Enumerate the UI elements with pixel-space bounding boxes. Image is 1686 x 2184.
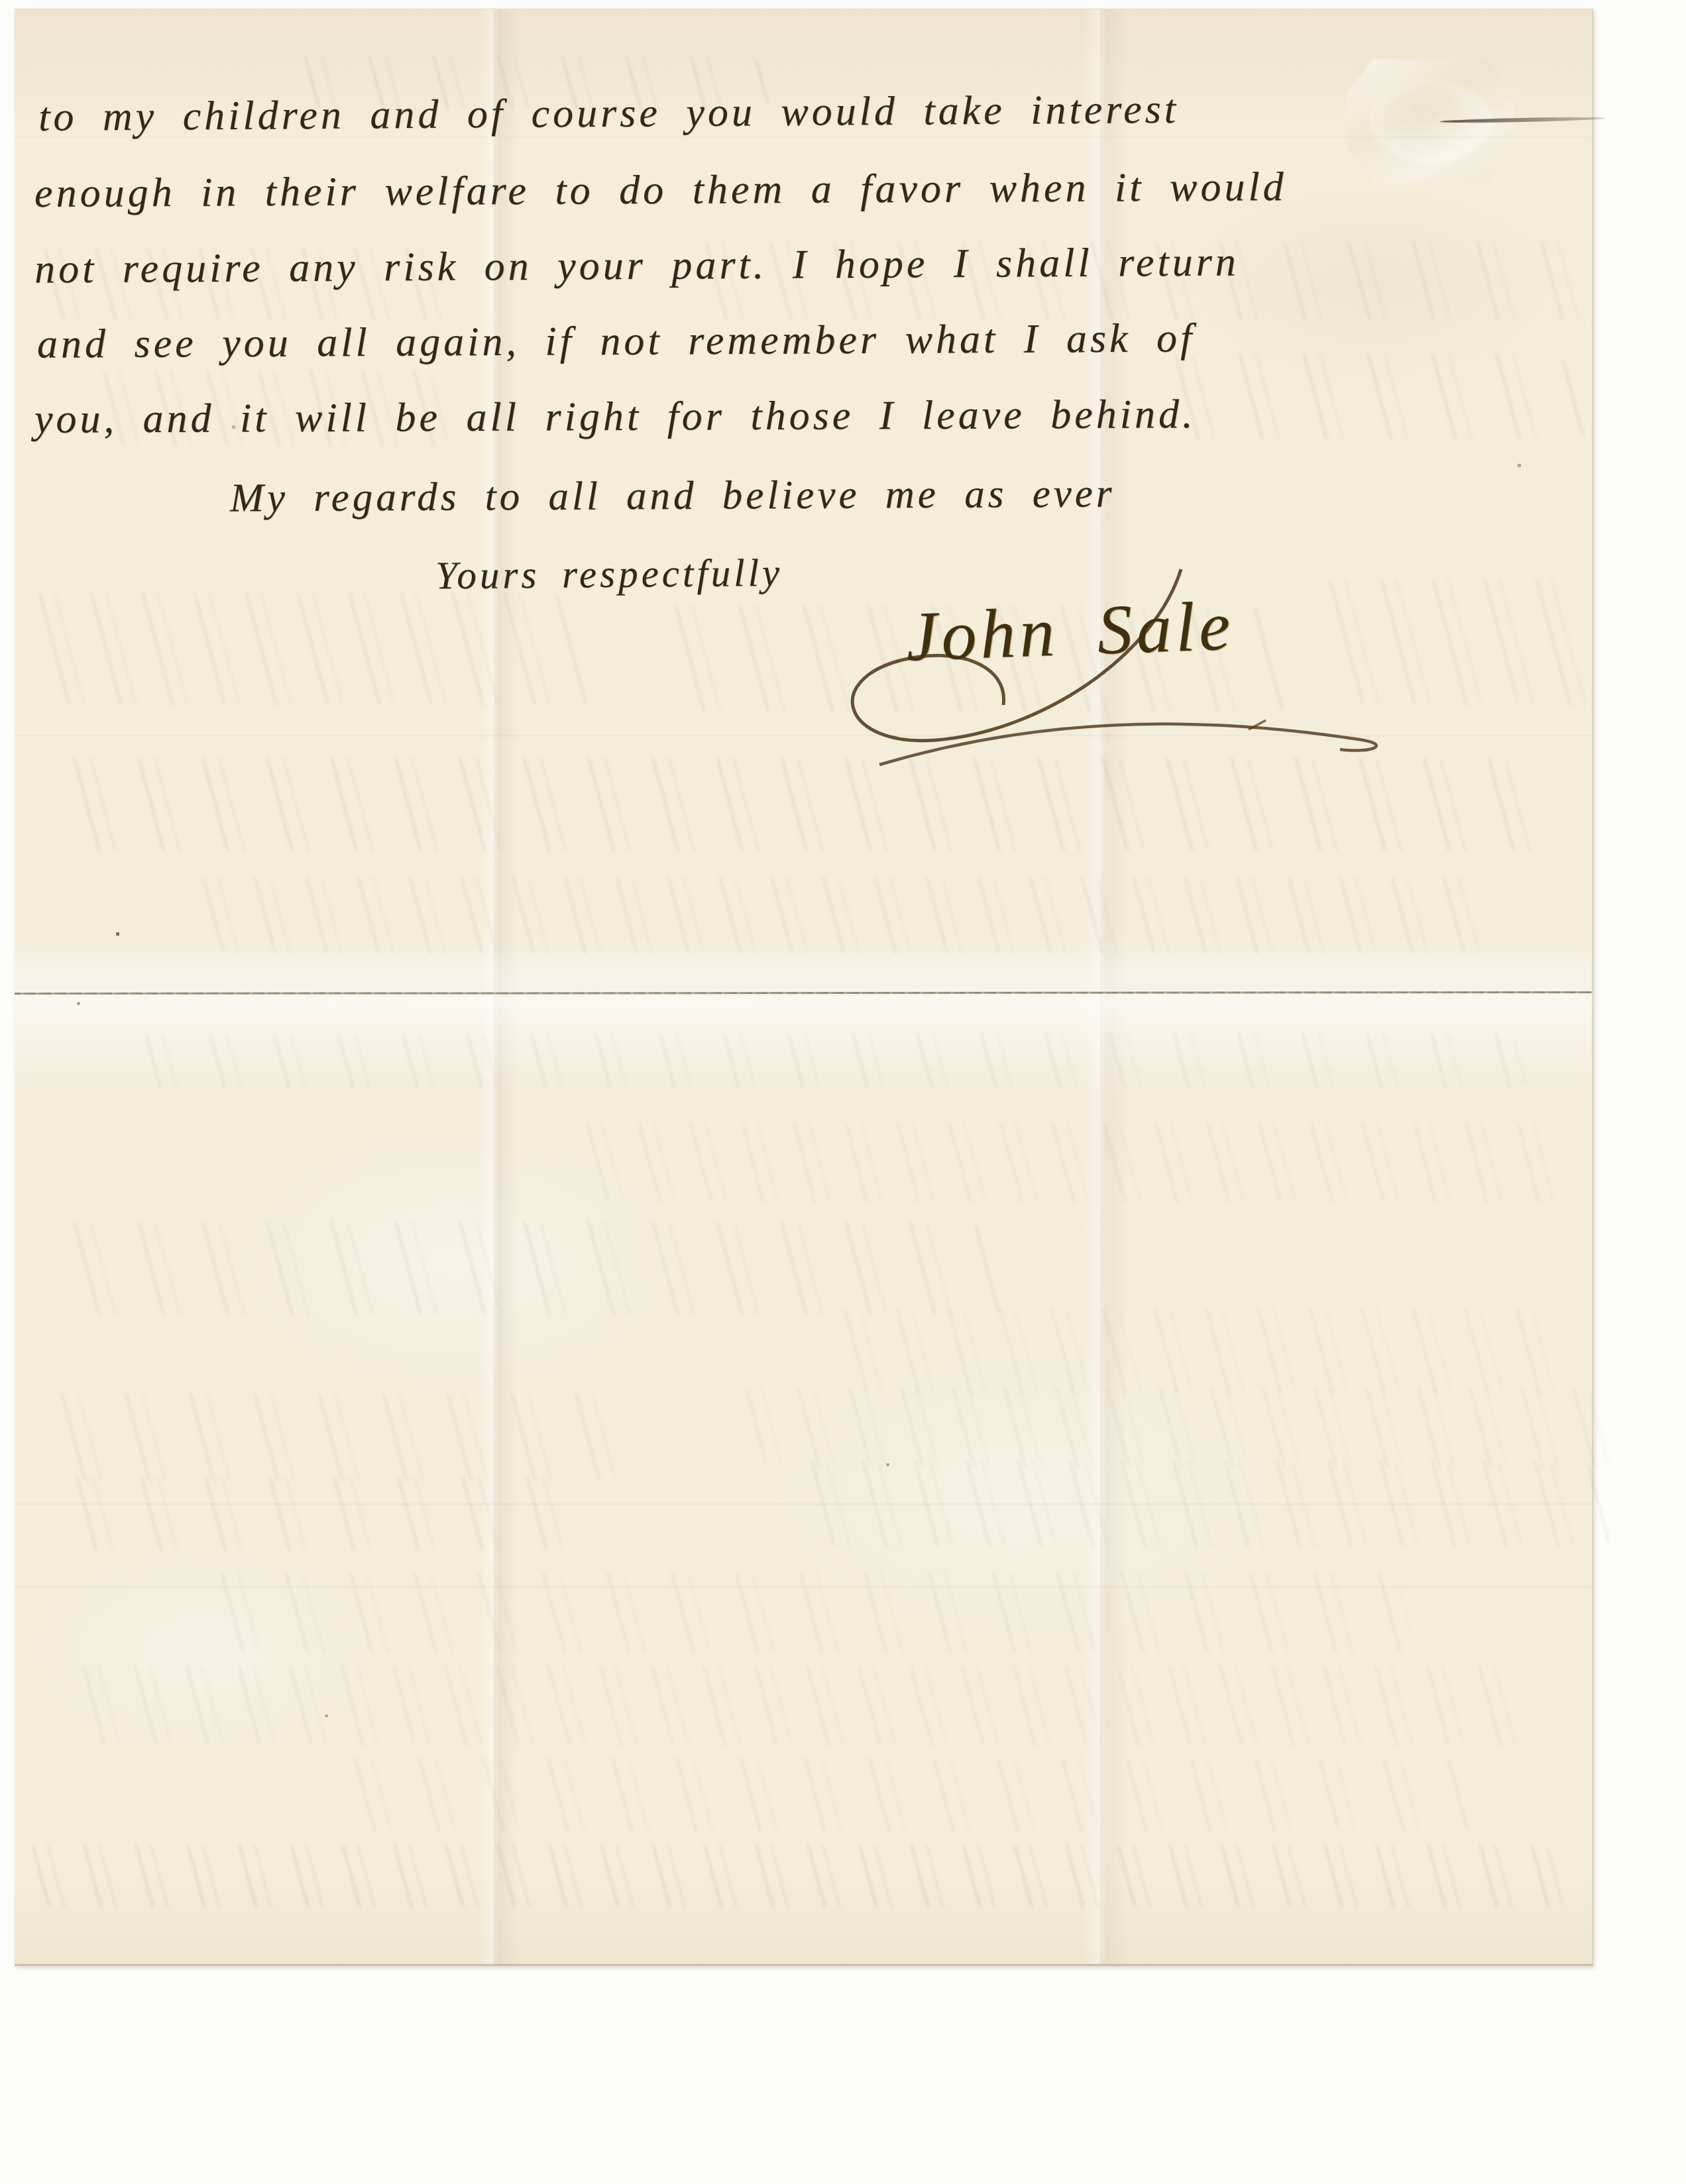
letter-line: enough in their welfare to do them a fav… (34, 164, 1287, 217)
letter-line: and see you all again, if not remember w… (37, 315, 1196, 368)
signature-name: John Sale (905, 585, 1235, 677)
closing-line: Yours respectfully (435, 550, 783, 599)
letter-line: you, and it will be all right for those … (34, 391, 1196, 443)
regards-line: My regards to all and believe me as ever (230, 471, 1115, 522)
bleedthrough-ghost-line (733, 1388, 1616, 1467)
bleedthrough-ghost-line (55, 1222, 1008, 1315)
horizontal-fold-crease (15, 991, 1592, 995)
letter-page: to my children and of course you would t… (15, 9, 1593, 1966)
bleedthrough-ghost-line (832, 1308, 1584, 1394)
bleedthrough-ghost-line (574, 1122, 1576, 1202)
vertical-fold-crease (494, 9, 496, 1964)
bleedthrough-ghost-line (203, 1573, 1417, 1653)
bleedthrough-ghost-line (43, 1394, 663, 1480)
vertical-fold-crease (1100, 9, 1102, 1964)
bleedthrough-ghost-line (58, 1477, 607, 1550)
bleedthrough-ghost-line (190, 877, 1503, 954)
bleedthrough-ghost-line (336, 1759, 1482, 1831)
bleedthrough-ghost-line (26, 592, 600, 705)
faint-crease-line (15, 1503, 1592, 1505)
scanned-letter: to my children and of course you would t… (0, 0, 1686, 2184)
dust-specks (15, 9, 15, 10)
bleedthrough-ghost-line (1156, 354, 1591, 440)
faint-crease-line (15, 1586, 1592, 1588)
letter-line: to my children and of course you would t… (38, 86, 1179, 141)
letter-line: not require any risk on your part. I hop… (34, 239, 1239, 293)
bleedthrough-ghost-line (19, 1845, 1573, 1908)
bleedthrough-ghost-line (127, 1033, 1534, 1089)
bleedthrough-ghost-line (70, 1666, 1549, 1745)
